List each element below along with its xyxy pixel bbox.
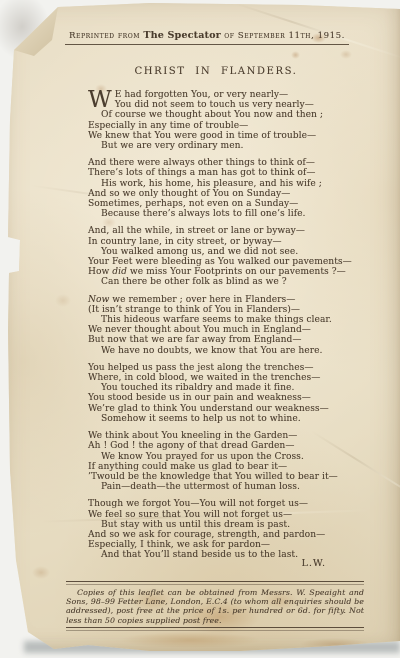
poem-line: But now that we are far away from Englan… [88,335,358,345]
poem-line: (It isn’t strange to think of You in Fla… [88,305,358,315]
poem-stanza: You helped us pass the jest along the tr… [88,363,358,424]
scanned-leaflet-photo: { "colors": { "paper": "#e9dfc7", "ink":… [0,0,400,658]
poem-line: We think about You kneeling in the Garde… [88,431,358,441]
footer-top-rule [66,581,364,585]
leaflet-paper: Reprinted from The Spectator of Septembe… [0,0,400,658]
poem-line: And, all the while, in street or lane or… [88,226,358,236]
poem-line: Where, in cold blood, we waited in the t… [88,373,358,383]
poem-line: Your Feet were bleeding as You walked ou… [88,257,358,267]
poem-line: And there were always other things to th… [88,158,358,168]
poem-line: Because there’s always lots to fill one’… [101,209,358,219]
poem-line: You touched its ribaldry and made it fin… [101,383,358,393]
reprint-attribution-line: Reprinted from The Spectator of Septembe… [65,30,349,45]
poem-line: Somehow it seems to help us not to whine… [101,414,358,424]
poem-stanza: WE had forgotten You, or very nearly—You… [88,90,358,151]
poem-line: Ah ! God ! the agony of that dread Garde… [88,441,358,451]
footer-bottom-rule [66,627,364,631]
poem-stanza: Though we forgot You—You will not forget… [88,499,358,560]
poem-line: We’re glad to think You understand our w… [88,404,358,414]
dropcap-letter: W [88,91,112,110]
poem-body: WE had forgotten You, or very nearly—You… [88,90,358,568]
poem-line: E had forgotten You, or very nearly— [88,90,358,100]
leaflet-content: Reprinted from The Spectator of Septembe… [0,0,400,658]
poem-line: You helped us pass the jest along the tr… [88,363,358,373]
poem-line: We have no doubts, we know that You are … [101,346,358,356]
poem-line: Especially, I think, we ask for pardon— [88,540,358,550]
poem-stanza: And there were always other things to th… [88,158,358,219]
reprint-attribution: Reprinted from The Spectator of Septembe… [40,30,374,45]
poem-line: We never thought about You much in Engla… [88,325,358,335]
footer-note: Copies of this leaflet can be obtained f… [66,581,364,631]
poem-line: You did not seem to touch us very nearly… [88,100,358,110]
poem-line: There’s lots of things a man has got to … [88,168,358,178]
poem-line: Especially in any time of trouble— [88,121,358,131]
poem-line: And so we ask for courage, strength, and… [88,530,358,540]
poem-stanza: We think about You kneeling in the Garde… [88,431,358,492]
poem-line: We know You prayed for us upon the Cross… [101,452,358,462]
footer-text: Copies of this leaflet can be obtained f… [66,588,364,625]
reprint-prefix: Reprinted from [69,31,143,41]
poem-line: But we are very ordinary men. [101,141,358,151]
reprint-suffix: of September 11th, 1915. [221,31,345,41]
poem-line: We knew that You were good in time of tr… [88,131,358,141]
journal-name: The Spectator [143,30,221,41]
poem-line: If anything could make us glad to bear i… [88,462,358,472]
poem-title: CHRIST IN FLANDERS. [16,66,400,77]
author-initials: L.W. [88,558,326,569]
poem-line: In country lane, in city street, or bywa… [88,237,358,247]
poem-line: How did we miss Your Footprints on our p… [88,267,358,277]
poem-line: Can there be other folk as blind as we ? [101,277,358,287]
poem-line: You walked among us, and we did not see. [101,247,358,257]
poem-line: Sometimes, perhaps, not even on a Sunday… [88,199,358,209]
poem-line: But stay with us until this dream is pas… [101,520,358,530]
poem-stanza: And, all the while, in street or lane or… [88,226,358,287]
poem-line: And so we only thought of You on Sunday— [88,189,358,199]
poem-stanza: Now we remember ; over here in Flanders—… [88,295,358,356]
poem-line: Though we forgot You—You will not forget… [88,499,358,509]
poem-line: Pain—death—the uttermost of human loss. [101,482,358,492]
poem-line: Of course we thought about You now and t… [101,110,358,120]
poem-line: Now we remember ; over here in Flanders— [88,295,358,305]
poem-line: This hideous warfare seems to make thing… [101,315,358,325]
poem-line: We feel so sure that You will not forget… [88,510,358,520]
poem-line: ’Twould be the knowledge that You willed… [88,472,358,482]
poem-line: You stood beside us in our pain and weak… [88,393,358,403]
poem-line: His work, his home, his pleasure, and hi… [101,179,358,189]
